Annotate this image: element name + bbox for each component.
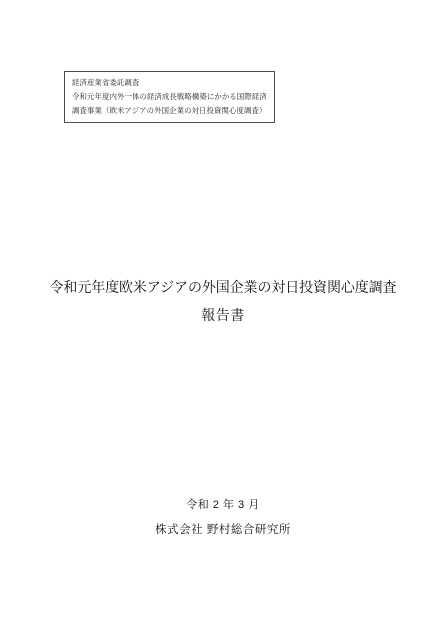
commission-notice-line-1: 経済産業省委託調査 (72, 76, 267, 90)
publisher-name: 株式会社 野村総合研究所 (0, 524, 446, 537)
report-subtitle: 報告書 (0, 308, 446, 323)
report-cover-page: 経済産業省委託調査 令和元年度内外一体の経済成長戦略構築にかかる国際経済 調査事… (0, 0, 446, 630)
commission-notice-box: 経済産業省委託調査 令和元年度内外一体の経済成長戦略構築にかかる国際経済 調査事… (64, 71, 275, 123)
footer-block: 令和 2 年 3 月 株式会社 野村総合研究所 (0, 499, 446, 537)
title-block: 令和元年度欧米アジアの外国企業の対日投資関心度調査 報告書 (0, 280, 446, 323)
publication-date: 令和 2 年 3 月 (0, 499, 446, 511)
commission-notice-line-2: 令和元年度内外一体の経済成長戦略構築にかかる国際経済 (72, 90, 267, 104)
report-title: 令和元年度欧米アジアの外国企業の対日投資関心度調査 (0, 280, 446, 295)
commission-notice-line-3: 調査事業（欧米アジアの外国企業の対日投資関心度調査） (72, 104, 267, 118)
